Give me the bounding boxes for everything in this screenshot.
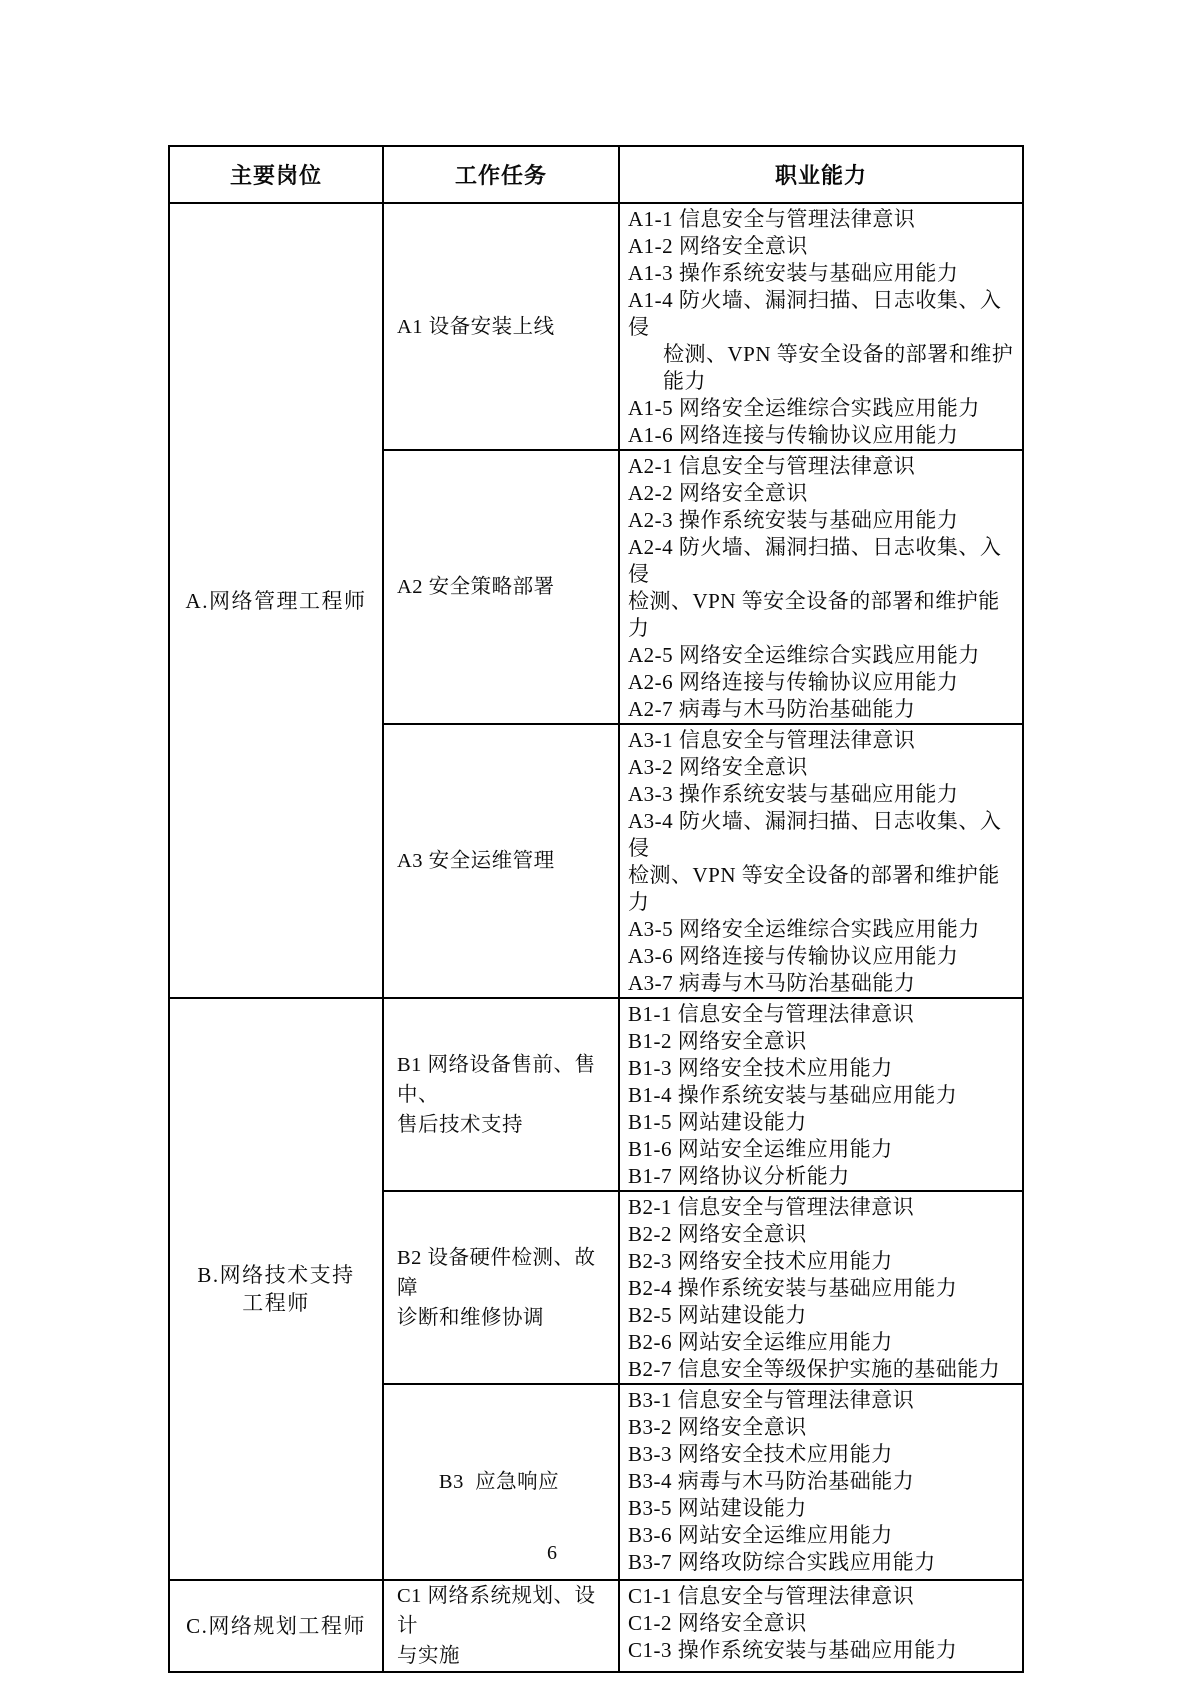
ability-line: B3-2 网络安全意识: [628, 1414, 1020, 1441]
task-label: 售后技术支持: [397, 1110, 614, 1140]
ability-line: A2-6 网络连接与传输协议应用能力: [628, 669, 1020, 696]
ability-line: B2-2 网络安全意识: [628, 1221, 1020, 1248]
ability-line: A1-6 网络连接与传输协议应用能力: [628, 422, 1020, 449]
ability-line: A2-7 病毒与木马防治基础能力: [628, 696, 1020, 723]
ability-line: A3-7 病毒与木马防治基础能力: [628, 970, 1020, 997]
ability-list-B1: B1-1 信息安全与管理法律意识B1-2 网络安全意识B1-3 网络安全技术应用…: [619, 998, 1023, 1191]
ability-line: B3-3 网络安全技术应用能力: [628, 1441, 1020, 1468]
ability-line: C1-2 网络安全意识: [628, 1610, 1020, 1637]
task-label: C1 网络系统规划、设计: [397, 1581, 614, 1641]
ability-line: B1-2 网络安全意识: [628, 1028, 1020, 1055]
header-task: 工作任务: [383, 146, 619, 203]
ability-list-A3: A3-1 信息安全与管理法律意识A3-2 网络安全意识A3-3 操作系统安装与基…: [619, 724, 1023, 998]
ability-line: A3-3 操作系统安装与基础应用能力: [628, 781, 1020, 808]
task-label: B1 网络设备售前、售中、: [397, 1050, 614, 1110]
ability-line: A3-4 防火墙、漏洞扫描、日志收集、入侵: [628, 808, 1020, 862]
ability-line: 检测、VPN 等安全设备的部署和维护能力: [628, 588, 1020, 642]
ability-line: A3-6 网络连接与传输协议应用能力: [628, 943, 1020, 970]
ability-line: B2-4 操作系统安装与基础应用能力: [628, 1275, 1020, 1302]
position-cell-C: C.网络规划工程师: [169, 1580, 383, 1672]
ability-line: B2-7 信息安全等级保护实施的基础能力: [628, 1356, 1020, 1383]
task-label: A3 安全运维管理: [397, 846, 614, 876]
ability-line: C1-3 操作系统安装与基础应用能力: [628, 1637, 1020, 1664]
ability-line: A1-4 防火墙、漏洞扫描、日志收集、入侵: [628, 287, 1020, 341]
page-number: 6: [0, 1542, 1104, 1565]
ability-line: A1-1 信息安全与管理法律意识: [628, 206, 1020, 233]
position-task-ability-table: 主要岗位 工作任务 职业能力 A.网络管理工程师A1 设备安装上线A1-1 信息…: [168, 145, 1024, 1673]
ability-line: B2-1 信息安全与管理法律意识: [628, 1194, 1020, 1221]
ability-line: A3-5 网络安全运维综合实践应用能力: [628, 916, 1020, 943]
ability-line: A2-2 网络安全意识: [628, 480, 1020, 507]
ability-line: B1-5 网站建设能力: [628, 1109, 1020, 1136]
task-row-C1: C.网络规划工程师C1 网络系统规划、设计与实施C1-1 信息安全与管理法律意识…: [169, 1580, 1023, 1672]
task-cell-A2: A2 安全策略部署: [383, 450, 619, 724]
ability-line: B3-5 网站建设能力: [628, 1495, 1020, 1522]
header-ability: 职业能力: [619, 146, 1023, 203]
position-label: B.网络技术支持: [170, 1261, 382, 1289]
task-cell-B2: B2 设备硬件检测、故障诊断和维修协调: [383, 1191, 619, 1384]
task-cell-A1: A1 设备安装上线: [383, 203, 619, 450]
ability-list-A1: A1-1 信息安全与管理法律意识A1-2 网络安全意识A1-3 操作系统安装与基…: [619, 203, 1023, 450]
position-label: 工程师: [170, 1289, 382, 1317]
ability-line: B3-1 信息安全与管理法律意识: [628, 1387, 1020, 1414]
ability-line: B1-3 网络安全技术应用能力: [628, 1055, 1020, 1082]
ability-line: A2-5 网络安全运维综合实践应用能力: [628, 642, 1020, 669]
task-row-A1: A.网络管理工程师A1 设备安装上线A1-1 信息安全与管理法律意识A1-2 网…: [169, 203, 1023, 450]
ability-line: A1-2 网络安全意识: [628, 233, 1020, 260]
ability-line: B1-7 网络协议分析能力: [628, 1163, 1020, 1190]
task-label: 与实施: [397, 1641, 614, 1671]
task-label: B3 应急响应: [384, 1467, 614, 1497]
ability-line: B2-5 网站建设能力: [628, 1302, 1020, 1329]
ability-line: A1-5 网络安全运维综合实践应用能力: [628, 395, 1020, 422]
ability-line: A2-4 防火墙、漏洞扫描、日志收集、入侵: [628, 534, 1020, 588]
position-cell-B: B.网络技术支持工程师: [169, 998, 383, 1580]
task-row-B1: B.网络技术支持工程师B1 网络设备售前、售中、售后技术支持B1-1 信息安全与…: [169, 998, 1023, 1191]
ability-line: A3-2 网络安全意识: [628, 754, 1020, 781]
task-cell-A3: A3 安全运维管理: [383, 724, 619, 998]
ability-line: B1-6 网站安全运维应用能力: [628, 1136, 1020, 1163]
task-label: B2 设备硬件检测、故障: [397, 1243, 614, 1303]
ability-list-A2: A2-1 信息安全与管理法律意识A2-2 网络安全意识A2-3 操作系统安装与基…: [619, 450, 1023, 724]
ability-line: B1-1 信息安全与管理法律意识: [628, 1001, 1020, 1028]
ability-line: B2-3 网络安全技术应用能力: [628, 1248, 1020, 1275]
ability-line: B3-4 病毒与木马防治基础能力: [628, 1468, 1020, 1495]
position-label: C.网络规划工程师: [170, 1612, 382, 1640]
ability-line: A3-1 信息安全与管理法律意识: [628, 727, 1020, 754]
header-position: 主要岗位: [169, 146, 383, 203]
task-cell-C1: C1 网络系统规划、设计与实施: [383, 1580, 619, 1672]
position-cell-A: A.网络管理工程师: [169, 203, 383, 998]
ability-line: A1-3 操作系统安装与基础应用能力: [628, 260, 1020, 287]
document-page: { "page": { "number": "6" }, "table": { …: [0, 0, 1191, 1684]
ability-line: C1-1 信息安全与管理法律意识: [628, 1583, 1020, 1610]
ability-line: 检测、VPN 等安全设备的部署和维护: [628, 341, 1020, 368]
ability-line: 能力: [628, 368, 1020, 395]
task-cell-B1: B1 网络设备售前、售中、售后技术支持: [383, 998, 619, 1191]
ability-line: B2-6 网站安全运维应用能力: [628, 1329, 1020, 1356]
position-label: A.网络管理工程师: [170, 587, 382, 615]
task-label: 诊断和维修协调: [397, 1303, 614, 1333]
ability-list-B2: B2-1 信息安全与管理法律意识B2-2 网络安全意识B2-3 网络安全技术应用…: [619, 1191, 1023, 1384]
ability-line: B1-4 操作系统安装与基础应用能力: [628, 1082, 1020, 1109]
task-label: A1 设备安装上线: [397, 312, 614, 342]
ability-line: 检测、VPN 等安全设备的部署和维护能力: [628, 862, 1020, 916]
ability-list-C1: C1-1 信息安全与管理法律意识C1-2 网络安全意识C1-3 操作系统安装与基…: [619, 1580, 1023, 1672]
ability-line: A2-1 信息安全与管理法律意识: [628, 453, 1020, 480]
header-row: 主要岗位 工作任务 职业能力: [169, 146, 1023, 203]
task-label: A2 安全策略部署: [397, 572, 614, 602]
ability-line: A2-3 操作系统安装与基础应用能力: [628, 507, 1020, 534]
